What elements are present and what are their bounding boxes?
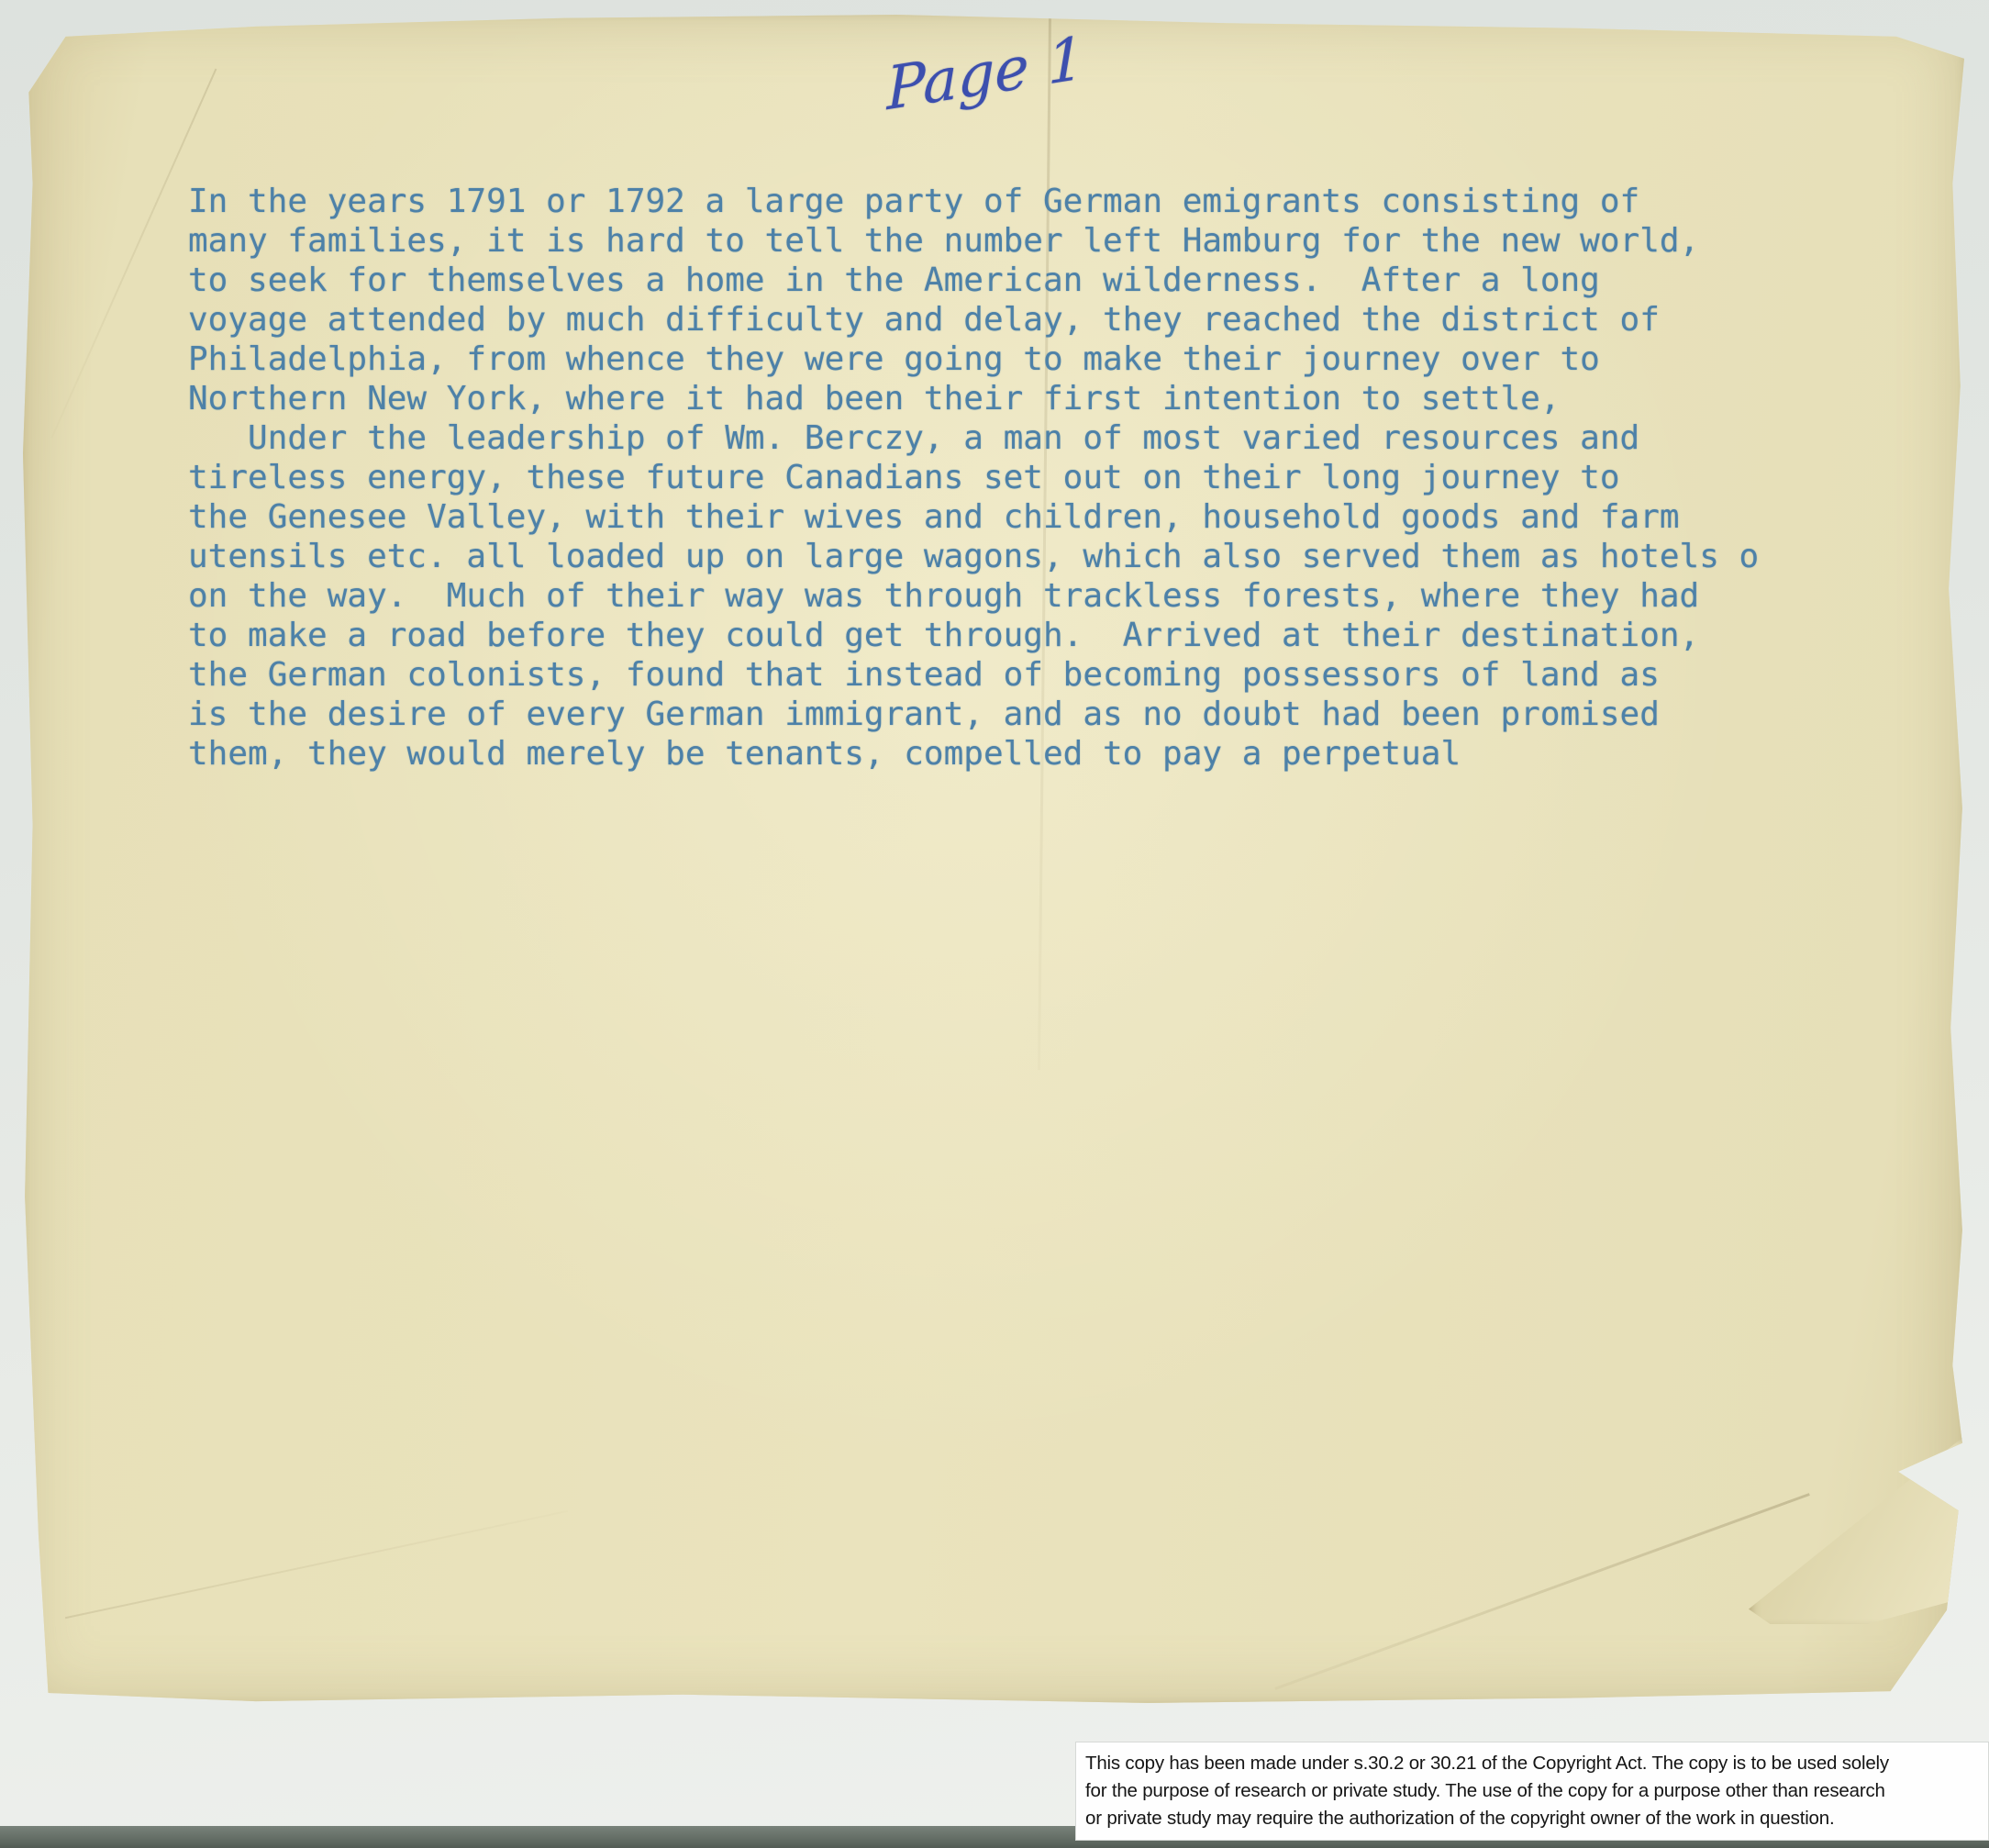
typed-line: tireless energy, these future Canadians … bbox=[188, 458, 1759, 497]
typed-line: Northern New York, where it had been the… bbox=[188, 379, 1759, 418]
typed-line: on the way. Much of their way was throug… bbox=[188, 576, 1759, 616]
document-paper: Page 1 In the years 1791 or 1792 a large… bbox=[23, 15, 1964, 1703]
typed-line: utensils etc. all loaded up on large wag… bbox=[188, 537, 1759, 576]
typed-line: them, they would merely be tenants, comp… bbox=[188, 734, 1759, 774]
typed-line: many families, it is hard to tell the nu… bbox=[188, 221, 1759, 261]
paper-crease-fold-line bbox=[1274, 1493, 1810, 1690]
folded-corner-flap bbox=[1749, 1436, 1964, 1624]
typed-line: to make a road before they could get thr… bbox=[188, 616, 1759, 655]
typed-line: Philadelphia, from whence they were goin… bbox=[188, 340, 1759, 379]
typed-line: the Genesee Valley, with their wives and… bbox=[188, 497, 1759, 537]
typed-line: Under the leadership of Wm. Berczy, a ma… bbox=[188, 418, 1759, 458]
paper-crease-bottom-left bbox=[65, 1510, 568, 1619]
scan-background: Page 1 In the years 1791 or 1792 a large… bbox=[0, 0, 1989, 1848]
typewritten-text: In the years 1791 or 1792 a large party … bbox=[188, 182, 1759, 774]
typed-line: is the desire of every German immigrant,… bbox=[188, 695, 1759, 734]
copyright-line: This copy has been made under s.30.2 or … bbox=[1085, 1750, 1979, 1777]
typed-line: voyage attended by much difficulty and d… bbox=[188, 300, 1759, 340]
typed-line: the German colonists, found that instead… bbox=[188, 655, 1759, 695]
handwritten-page-number: Page 1 bbox=[886, 25, 1085, 125]
typed-line: In the years 1791 or 1792 a large party … bbox=[188, 182, 1759, 221]
copyright-line: for the purpose of research or private s… bbox=[1085, 1777, 1979, 1805]
typed-line: to seek for themselves a home in the Ame… bbox=[188, 261, 1759, 300]
copyright-notice: This copy has been made under s.30.2 or … bbox=[1075, 1742, 1989, 1841]
copyright-line: or private study may require the authori… bbox=[1085, 1805, 1979, 1832]
